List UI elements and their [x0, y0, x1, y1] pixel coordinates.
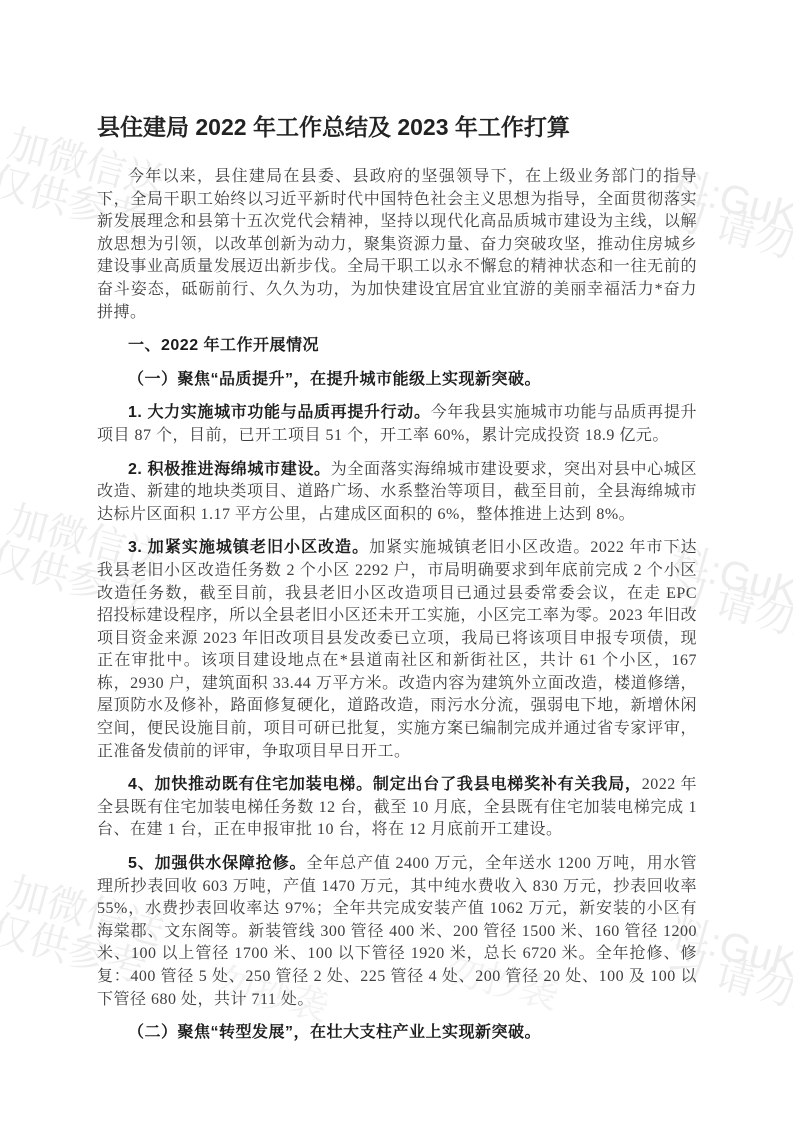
document-content: 县住建局 2022 年工作总结及 2023 年工作打算 今年以来，县住建局在县委…: [97, 110, 697, 1056]
doc-paragraph: 2. 积极推进海绵城市建设。为全面落实海绵城市建设要求，突出对县中心城区改造、新…: [97, 459, 697, 527]
paragraph-lead: 3. 加紧实施城镇老旧小区改造。: [128, 539, 369, 556]
doc-paragraph: 1. 大力实施城市功能与品质再提升行动。今年我县实施城市功能与品质再提升项目 8…: [97, 402, 697, 447]
doc-paragraph: 5、加强供水保障抢修。全年总产值 2400 万元，全年送水 1200 万吨，用水…: [97, 853, 697, 1011]
paragraph-lead: 5、加强供水保障抢修。: [128, 855, 306, 872]
doc-paragraph: 4、加快推动既有住宅加装电梯。制定出台了我县电梯奖补有关我局，2022 年全县既…: [97, 774, 697, 842]
document-title: 县住建局 2022 年工作总结及 2023 年工作打算: [97, 110, 697, 144]
paragraph-lead: 1. 大力实施城市功能与品质再提升行动。: [128, 404, 431, 421]
section-heading: 一、2022 年工作开展情况: [97, 335, 697, 358]
document-body: 今年以来，县住建局在县委、县政府的坚强领导下，在上级业务部门的指导下，全局干职工…: [97, 166, 697, 1045]
doc-paragraph: 3. 加紧实施城镇老旧小区改造。加紧实施城镇老旧小区改造。2022 年市下达我县…: [97, 537, 697, 763]
doc-paragraph: 今年以来，县住建局在县委、县政府的坚强领导下，在上级业务部门的指导下，全局干职工…: [97, 166, 697, 324]
paragraph-lead: 4、加快推动既有住宅加装电梯。制定出台了我县电梯奖补有关我局，: [128, 776, 642, 793]
subsection-heading: （一）聚焦“品质提升”，在提升城市能级上实现新突破。: [97, 369, 697, 392]
paragraph-lead: 2. 积极推进海绵城市建设。: [128, 461, 331, 478]
subsection-heading: （二）聚焦“转型发展”，在壮大支柱产业上实现新突破。: [97, 1022, 697, 1045]
document-page: 加微信送仅供参考料:GuKais习 请勿抄袭加微信送仅供参考料:GuKais习 …: [0, 0, 793, 1122]
